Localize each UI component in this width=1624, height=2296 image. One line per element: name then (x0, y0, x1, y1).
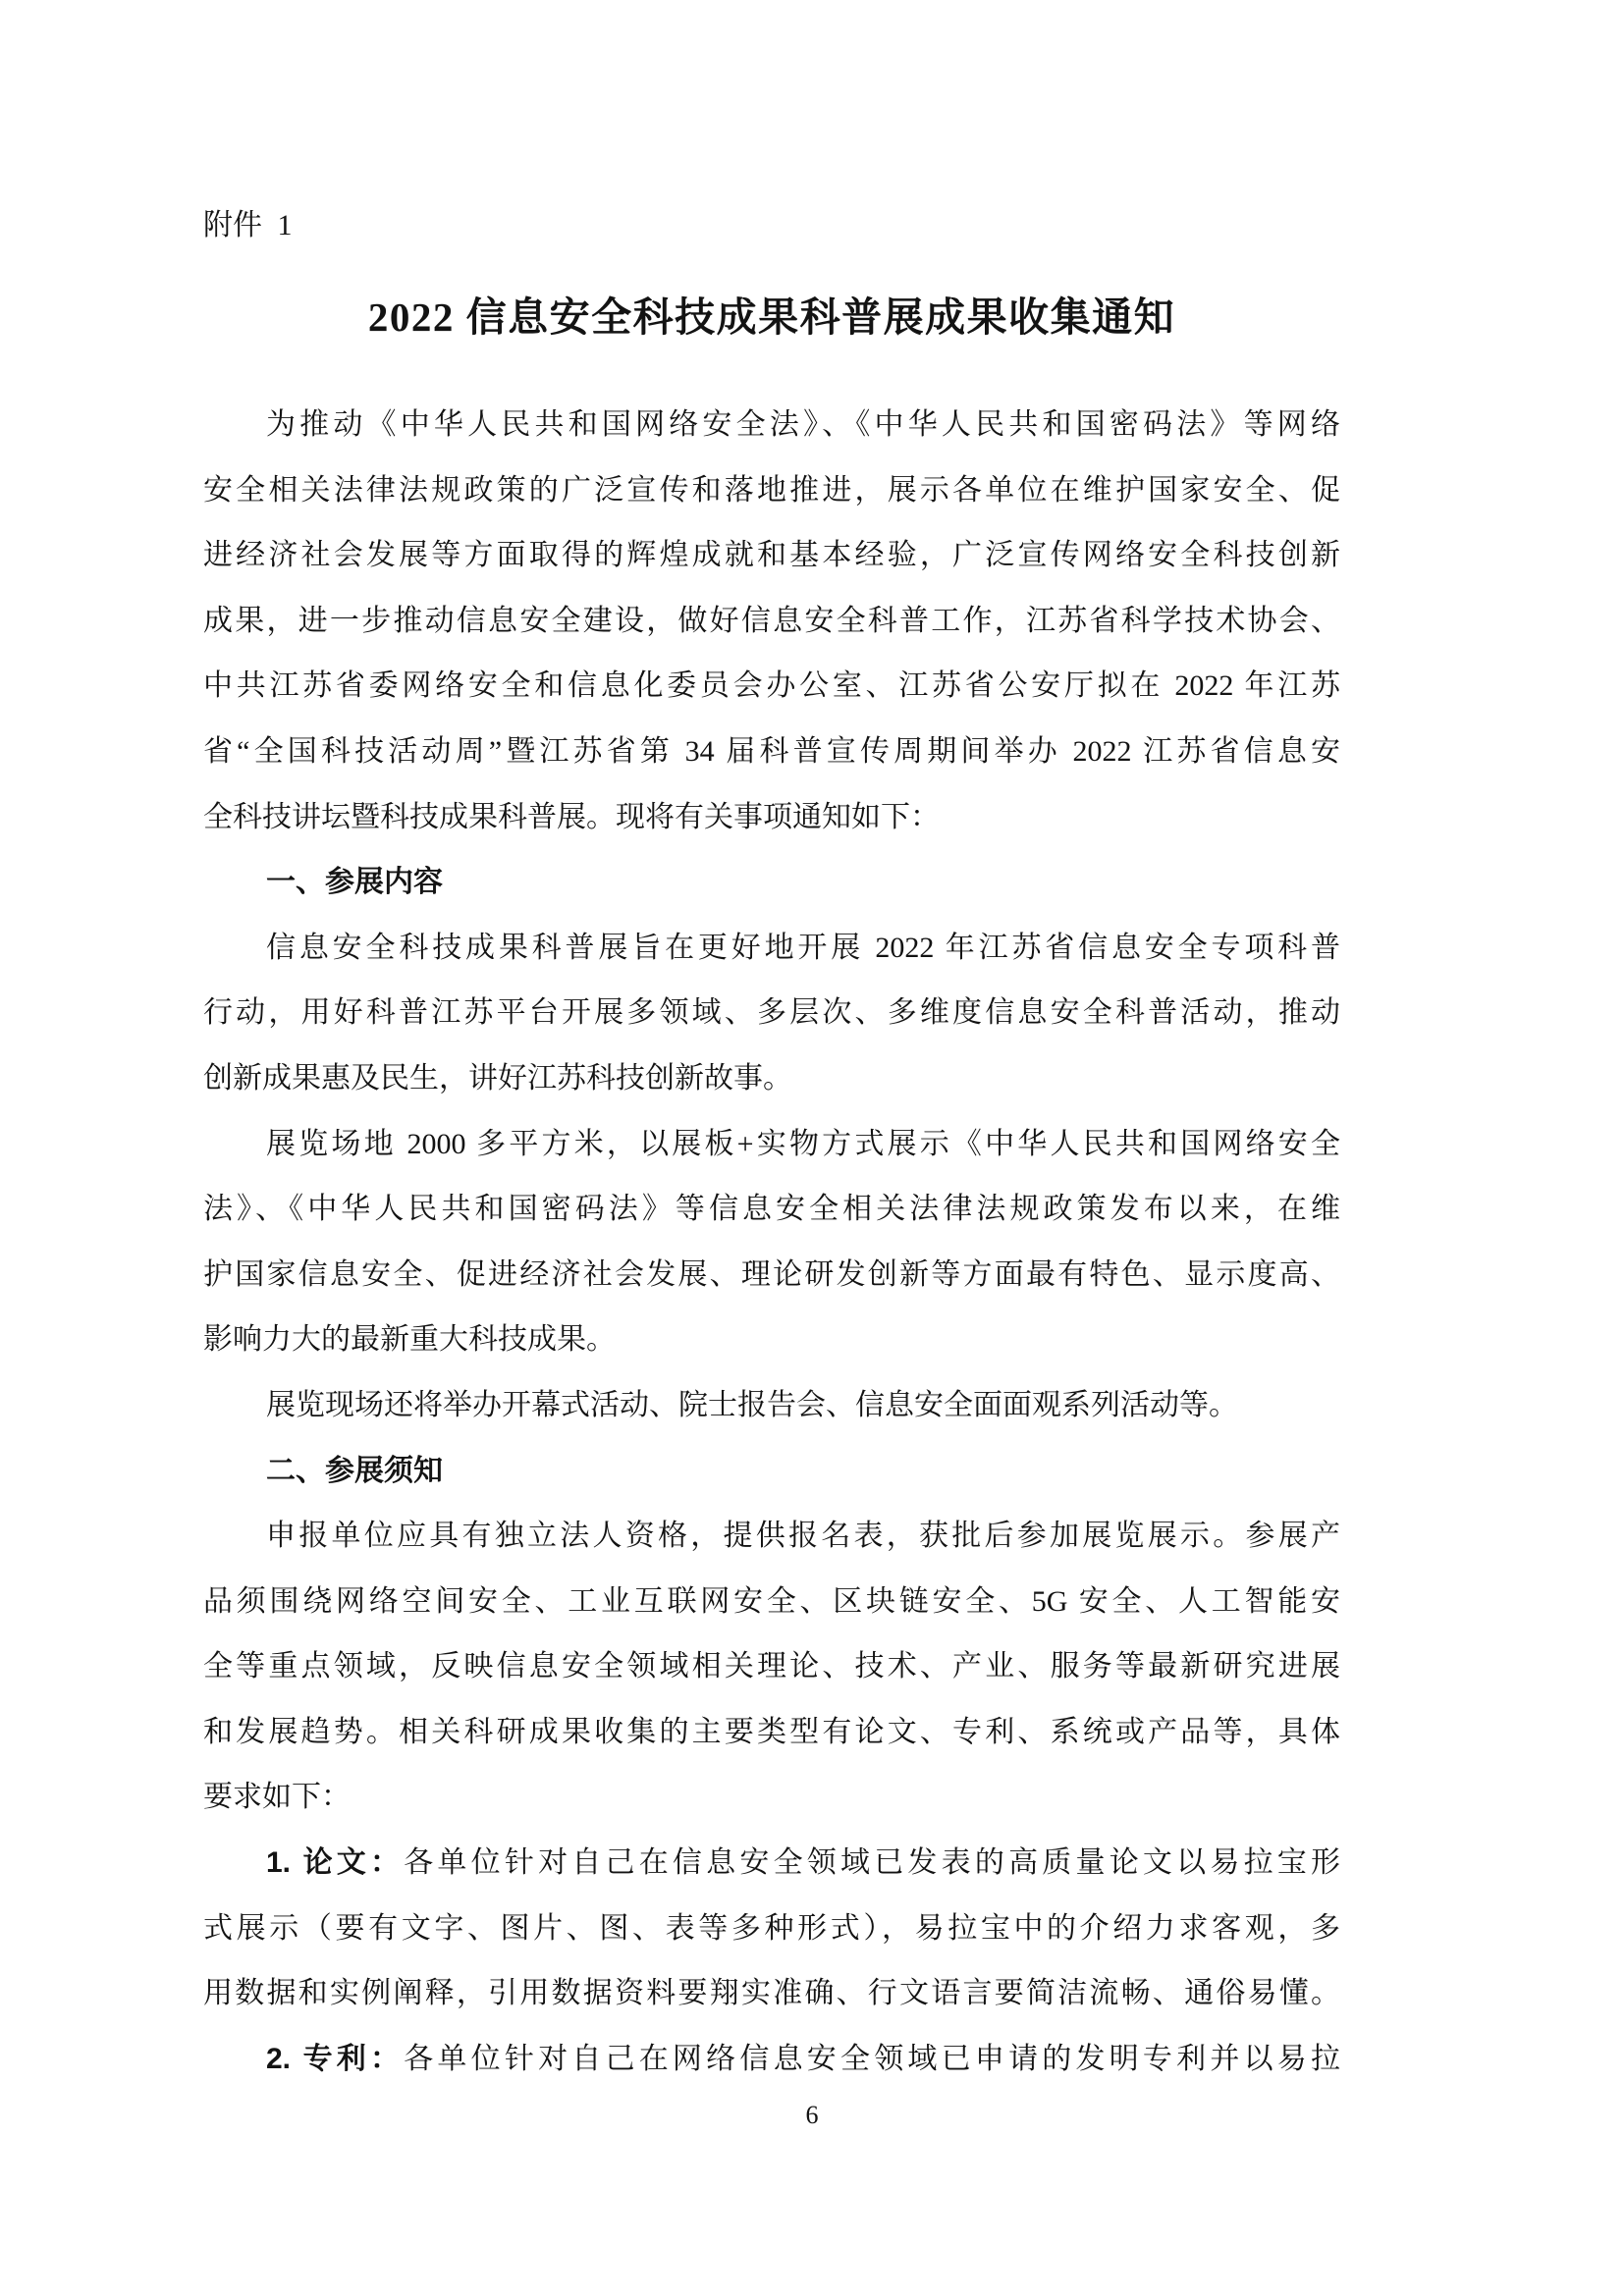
text-line: 创新成果惠及民生，讲好江苏科技创新故事。 (203, 1046, 1340, 1112)
text-line: 安全相关法律法规政策的广泛宣传和落地推进，展示各单位在维护国家安全、促 (203, 458, 1340, 524)
text-run: 创新成果惠及民生，讲好江苏科技创新故事。 (203, 1062, 792, 1095)
item-label: 2. 专利： (266, 2043, 404, 2075)
text-run: 全科技讲坛暨科技成果科普展。现将有关事项通知如下： (203, 801, 940, 833)
text-line: 全等重点领域，反映信息安全领域相关理论、技术、产业、服务等最新研究进展 (203, 1634, 1340, 1700)
text-line: 和发展趋势。相关科研成果收集的主要类型有论文、专利、系统或产品等，具体 (203, 1700, 1340, 1766)
text-line: 成果，进一步推动信息安全建设，做好信息安全科普工作，江苏省科学技术协会、 (203, 589, 1340, 655)
text-run: 法》、《中华人民共和国密码法》等信息安全相关法律法规政策发布以来，在维 (203, 1193, 1340, 1225)
text-run: 影响力大的最新重大科技成果。 (203, 1323, 616, 1356)
text-run: 省“全国科技活动周”暨江苏省第 34 届科普宣传周期间举办 2022 江苏省信息… (203, 735, 1340, 768)
text-run: 各单位针对自己在信息安全领域已发表的高质量论文以易拉宝形 (404, 1846, 1340, 1879)
text-run: 护国家信息安全、促进经济社会发展、理论研发创新等方面最有特色、显示度高、 (203, 1258, 1340, 1291)
text-run: 要求如下： (203, 1781, 351, 1813)
text-line: 申报单位应具有独立法人资格，提供报名表，获批后参加展览展示。参展产 (203, 1504, 1340, 1570)
text-line: 展览场地 2000 多平方米，以展板+实物方式展示《中华人民共和国网络安全 (203, 1112, 1340, 1178)
text-run: 中共江苏省委网络安全和信息化委员会办公室、江苏省公安厅拟在 2022 年江苏 (203, 669, 1340, 702)
text-run: 展览现场还将举办开幕式活动、院士报告会、信息安全面面观系列活动等。 (266, 1389, 1238, 1421)
page-number: 6 (0, 2099, 1624, 2132)
section-heading: 二、参展须知 (203, 1439, 1340, 1505)
text-line: 省“全国科技活动周”暨江苏省第 34 届科普宣传周期间举办 2022 江苏省信息… (203, 720, 1340, 785)
text-line: 护国家信息安全、促进经济社会发展、理论研发创新等方面最有特色、显示度高、 (203, 1243, 1340, 1308)
document-body: 为推动《中华人民共和国网络安全法》、《中华人民共和国密码法》等网络安全相关法律法… (203, 393, 1340, 2092)
text-run: 式展示（要有文字、图片、图、表等多种形式），易拉宝中的介绍力求客观，多 (203, 1912, 1340, 1945)
text-line: 要求如下： (203, 1765, 1340, 1831)
text-run: 和发展趋势。相关科研成果收集的主要类型有论文、专利、系统或产品等，具体 (203, 1716, 1340, 1748)
text-line: 展览现场还将举办开幕式活动、院士报告会、信息安全面面观系列活动等。 (203, 1373, 1340, 1439)
text-run: 一、参展内容 (266, 866, 443, 898)
section-heading: 一、参展内容 (203, 850, 1340, 916)
text-run: 二、参展须知 (266, 1455, 443, 1487)
text-line: 信息安全科技成果科普展旨在更好地开展 2022 年江苏省信息安全专项科普 (203, 916, 1340, 982)
text-line: 式展示（要有文字、图片、图、表等多种形式），易拉宝中的介绍力求客观，多 (203, 1896, 1340, 1962)
text-run: 用数据和实例阐释，引用数据资料要翔实准确、行文语言要简洁流畅、通俗易懂。 (203, 1977, 1340, 2009)
document-title: 2022 信息安全科技成果科普展成果收集通知 (203, 289, 1340, 346)
text-run: 各单位针对自己在网络信息安全领域已申请的发明专利并以易拉 (404, 2043, 1340, 2075)
text-line: 进经济社会发展等方面取得的辉煌成就和基本经验，广泛宣传网络安全科技创新 (203, 523, 1340, 589)
text-line: 2. 专利：各单位针对自己在网络信息安全领域已申请的发明专利并以易拉 (203, 2027, 1340, 2093)
text-line: 1. 论文：各单位针对自己在信息安全领域已发表的高质量论文以易拉宝形 (203, 1831, 1340, 1896)
document-page: 附件 1 2022 信息安全科技成果科普展成果收集通知 为推动《中华人民共和国网… (0, 0, 1624, 2296)
text-run: 品须围绕网络空间安全、工业互联网安全、区块链安全、5G 安全、人工智能安 (203, 1585, 1340, 1618)
text-line: 中共江苏省委网络安全和信息化委员会办公室、江苏省公安厅拟在 2022 年江苏 (203, 654, 1340, 720)
text-run: 为推动《中华人民共和国网络安全法》、《中华人民共和国密码法》等网络 (266, 408, 1340, 441)
text-run: 申报单位应具有独立法人资格，提供报名表，获批后参加展览展示。参展产 (266, 1520, 1340, 1552)
text-run: 全等重点领域，反映信息安全领域相关理论、技术、产业、服务等最新研究进展 (203, 1650, 1340, 1682)
text-line: 行动，用好科普江苏平台开展多领域、多层次、多维度信息安全科普活动，推动 (203, 981, 1340, 1046)
text-run: 安全相关法律法规政策的广泛宣传和落地推进，展示各单位在维护国家安全、促 (203, 474, 1340, 507)
text-line: 全科技讲坛暨科技成果科普展。现将有关事项通知如下： (203, 785, 1340, 851)
text-run: 成果，进一步推动信息安全建设，做好信息安全科普工作，江苏省科学技术协会、 (203, 605, 1340, 637)
text-line: 法》、《中华人民共和国密码法》等信息安全相关法律法规政策发布以来，在维 (203, 1177, 1340, 1243)
item-label: 1. 论文： (266, 1846, 404, 1879)
text-line: 用数据和实例阐释，引用数据资料要翔实准确、行文语言要简洁流畅、通俗易懂。 (203, 1961, 1340, 2027)
text-run: 进经济社会发展等方面取得的辉煌成就和基本经验，广泛宣传网络安全科技创新 (203, 539, 1340, 571)
text-run: 行动，用好科普江苏平台开展多领域、多层次、多维度信息安全科普活动，推动 (203, 996, 1340, 1029)
text-line: 影响力大的最新重大科技成果。 (203, 1308, 1340, 1373)
text-line: 品须围绕网络空间安全、工业互联网安全、区块链安全、5G 安全、人工智能安 (203, 1570, 1340, 1635)
attachment-label: 附件 1 (203, 206, 293, 245)
text-line: 为推动《中华人民共和国网络安全法》、《中华人民共和国密码法》等网络 (203, 393, 1340, 458)
text-run: 信息安全科技成果科普展旨在更好地开展 2022 年江苏省信息安全专项科普 (266, 932, 1340, 964)
text-run: 展览场地 2000 多平方米，以展板+实物方式展示《中华人民共和国网络安全 (266, 1128, 1340, 1160)
